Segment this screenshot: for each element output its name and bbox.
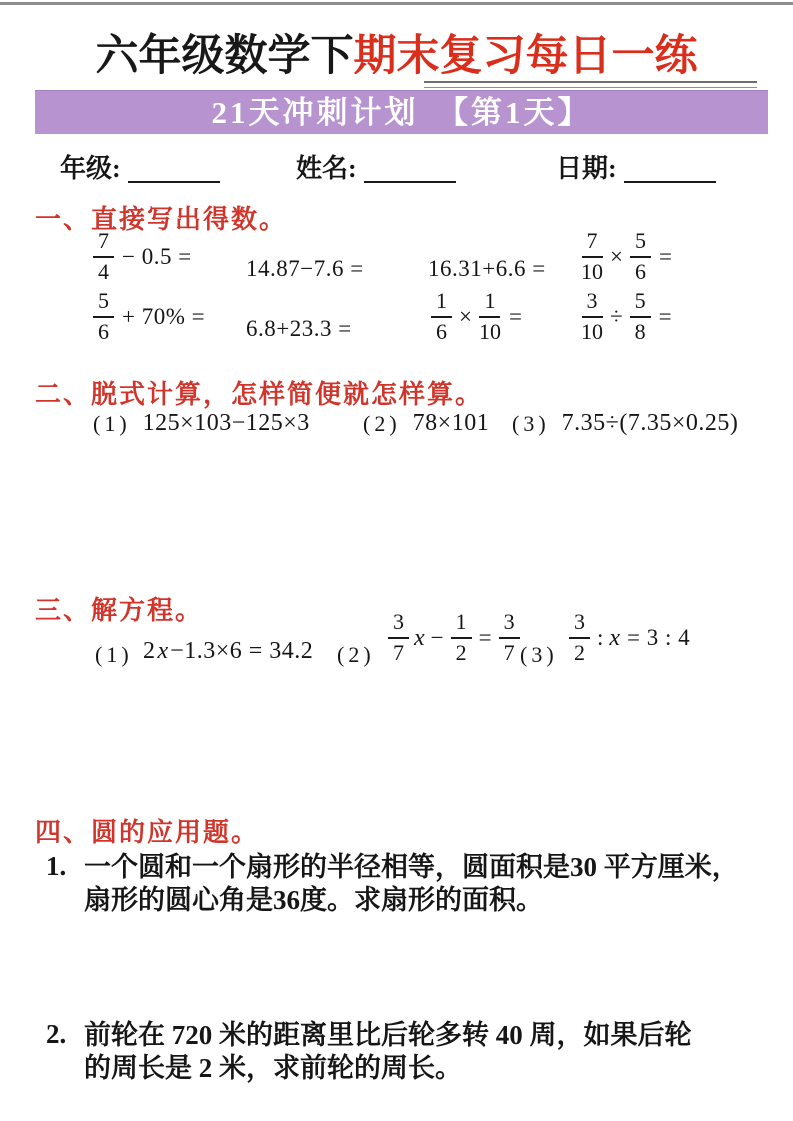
question2-number: 2. [46, 1019, 66, 1050]
eq-text: 14.87−7.6 = [246, 256, 364, 282]
fraction-denominator: 10 [581, 258, 603, 285]
fraction-denominator: 2 [574, 639, 585, 666]
fraction-numerator: 7 [93, 229, 114, 258]
fraction-denominator: 4 [98, 258, 109, 285]
eq-s1-frac74-minus-05: 74 − 0.5 = [90, 228, 192, 286]
eq-s1-710-times-56: 710 × 56 = [578, 228, 672, 286]
problem-label: (3) [512, 411, 550, 437]
eq-rest: + 70% = [122, 304, 205, 330]
title-topic-part: 期末复习每日一练 [354, 33, 698, 80]
problem-label-s3-2: (2) [337, 642, 375, 668]
section3-heading: 三、解方程。 [35, 590, 203, 627]
date-blank-line [624, 167, 716, 183]
problem-label: (1) [93, 411, 131, 437]
eq-s1-1631-plus-66: 16.31+6.6 = [428, 256, 546, 282]
section4-heading: 四、圆的应用题。 [35, 812, 259, 849]
variable-x: x [412, 625, 427, 652]
title-underline [424, 81, 757, 88]
eq-s1-frac56-plus-70pct: 56 + 70% = [90, 288, 205, 346]
fraction-numerator: 3 [569, 610, 590, 639]
multiply-operator: × [459, 304, 472, 330]
fraction-1-6: 16 [431, 289, 452, 344]
question1-number: 1. [46, 851, 66, 882]
fraction-numerator: 3 [388, 610, 409, 639]
eq-s1-1487-minus-76: 14.87−7.6 = [246, 256, 364, 282]
fraction-5-8: 58 [630, 289, 651, 344]
date-field: 日期: [556, 148, 716, 185]
fraction-numerator: 5 [93, 289, 114, 318]
fraction-denominator: 10 [581, 318, 603, 345]
fraction-denominator: 6 [635, 258, 646, 285]
fraction-numerator: 7 [582, 229, 603, 258]
fraction-numerator: 3 [582, 289, 603, 318]
problem-s2-3: (3) 7.35÷(7.35×0.25) [512, 410, 738, 437]
minus-operator: − [431, 625, 444, 651]
multiply-operator: × [610, 244, 623, 270]
top-border-line [0, 2, 793, 5]
problem-label-s3-1: (1) [95, 642, 133, 668]
question1-line2: 扇形的圆心角是36度。求扇形的面积。 [84, 884, 789, 917]
fraction-numerator: 1 [451, 610, 472, 639]
eq-rest: − 0.5 = [122, 244, 192, 270]
eq-s3-2: 37 x − 12 = 37 [385, 608, 523, 668]
grade-blank-line [128, 167, 220, 183]
problem-expression: 125×103−125×3 [143, 410, 310, 437]
variable-x: x [607, 625, 622, 652]
eq-s1-68-plus-233: 6.8+23.3 = [246, 316, 352, 342]
fraction-denominator: 6 [98, 318, 109, 345]
fraction-7-10: 710 [581, 229, 603, 284]
eq-s1-16-times-110: 16 × 110 = [428, 288, 522, 346]
page-title: 六年级数学下期末复习每日一练 [0, 22, 793, 83]
fraction-denominator: 7 [504, 639, 515, 666]
section2-heading: 二、脱式计算，怎样简便就怎样算。 [35, 374, 483, 411]
divide-operator: ÷ [610, 304, 623, 330]
eq-s3-1: 2x−1.3×6 = 34.2 [143, 638, 313, 665]
banner-text: 21天冲刺计划 【第1天】 [35, 91, 768, 134]
plan-banner: 21天冲刺计划 【第1天】 [35, 90, 768, 134]
name-label: 姓名: [296, 154, 357, 183]
fraction-1-10: 110 [479, 289, 501, 344]
fraction-3-10: 310 [581, 289, 603, 344]
fraction-denominator: 7 [393, 639, 404, 666]
title-grade-part: 六年级数学下 [96, 33, 354, 80]
problem-label-s3-3: (3) [520, 642, 558, 668]
fraction-numerator: 1 [431, 289, 452, 318]
fraction-denominator: 8 [635, 318, 646, 345]
fraction-3-2: 32 [569, 610, 590, 665]
equals-sign: = [659, 244, 672, 270]
grade-label: 年级: [60, 154, 121, 183]
eq-text: 16.31+6.6 = [428, 256, 546, 282]
question2-line1: 前轮在 720 米的距离里比后轮多转 40 周，如果后轮 [84, 1019, 789, 1052]
eq-s3-3: 32 : x = 3 : 4 [566, 608, 690, 668]
question1-text: 一个圆和一个扇形的半径相等，圆面积是30 平方厘米， 扇形的圆心角是36度。求扇… [84, 851, 789, 917]
equals-sign: = [509, 304, 522, 330]
fraction-3-7: 37 [388, 610, 409, 665]
problem-s2-2: (2) 78×101 [363, 410, 489, 437]
equals-sign: = [479, 625, 492, 651]
eq-rest: −1.3×6 = 34.2 [170, 638, 313, 665]
question1-line1: 一个圆和一个扇形的半径相等，圆面积是30 平方厘米， [84, 851, 789, 884]
question2-line2: 的周长是 2 米，求前轮的周长。 [84, 1052, 789, 1085]
name-field: 姓名: [296, 148, 456, 185]
fraction-numerator: 5 [630, 229, 651, 258]
fraction-denominator: 2 [456, 639, 467, 666]
grade-field: 年级: [60, 148, 220, 185]
fraction-5-6: 56 [93, 289, 114, 344]
fraction-denominator: 10 [479, 318, 501, 345]
problem-s2-1: (1) 125×103−125×3 [93, 410, 310, 437]
problem-label: (2) [363, 411, 401, 437]
problem-expression: 78×101 [413, 410, 490, 437]
eq-rest: = 3 : 4 [627, 625, 690, 651]
eq-text: 6.8+23.3 = [246, 316, 352, 342]
worksheet-page: 六年级数学下期末复习每日一练 21天冲刺计划 【第1天】 年级: 姓名: 日期:… [0, 0, 793, 1121]
ratio-colon: : [597, 625, 603, 651]
name-blank-line [364, 167, 456, 183]
fraction-7-4: 74 [93, 229, 114, 284]
fraction-numerator: 5 [630, 289, 651, 318]
problem-expression: 7.35÷(7.35×0.25) [562, 410, 739, 437]
equals-sign: = [659, 304, 672, 330]
fraction-3-7: 37 [499, 610, 520, 665]
fraction-5-6: 56 [630, 229, 651, 284]
fraction-numerator: 3 [499, 610, 520, 639]
eq-s1-310-div-58: 310 ÷ 58 = [578, 288, 672, 346]
coefficient: 2 [143, 638, 156, 665]
fraction-1-2: 12 [451, 610, 472, 665]
fraction-denominator: 6 [436, 318, 447, 345]
question2-text: 前轮在 720 米的距离里比后轮多转 40 周，如果后轮 的周长是 2 米，求前… [84, 1019, 789, 1085]
date-label: 日期: [556, 154, 617, 183]
variable-x: x [156, 638, 171, 665]
fraction-numerator: 1 [479, 289, 500, 318]
